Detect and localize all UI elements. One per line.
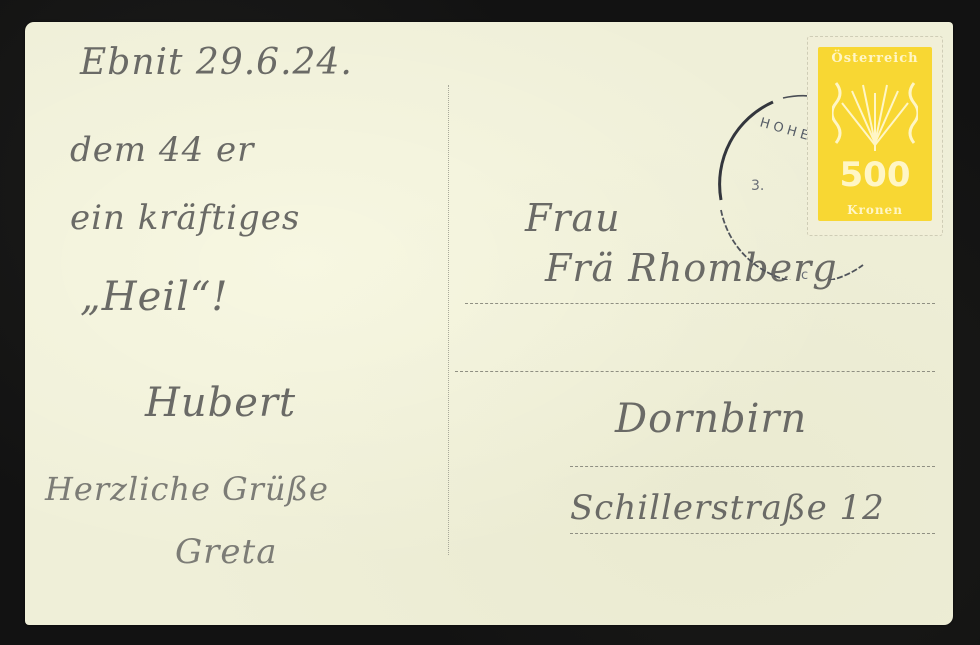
- greeting-line-1: Herzliche Grüße: [45, 470, 329, 508]
- stamp-country: Österreich: [818, 51, 932, 66]
- postage-stamp: Österreich 500 Kronen: [807, 36, 943, 236]
- message-line-3: ein kräftiges: [70, 198, 300, 238]
- greeting-line-2: Greta: [175, 532, 277, 572]
- postcard: Ebnit 29.6.24. dem 44 er ein kräftiges „…: [25, 22, 953, 625]
- signature: Hubert: [145, 380, 296, 426]
- postmark-date: 3.: [751, 178, 764, 194]
- stamp-value: 500: [818, 155, 932, 195]
- address-city: Dornbirn: [615, 396, 807, 442]
- stamp-face: Österreich 500 Kronen: [818, 47, 932, 221]
- message-line-2: dem 44 er: [70, 130, 254, 170]
- message-line-date: Ebnit 29.6.24.: [80, 42, 353, 83]
- address-line-3: [570, 466, 935, 467]
- postmark-code: c: [801, 268, 808, 283]
- stamp-currency: Kronen: [818, 203, 932, 217]
- postcard-divider: [448, 85, 449, 555]
- address-line-1: [465, 303, 935, 304]
- address-line-4: [570, 533, 935, 534]
- address-line-2: [455, 371, 935, 372]
- message-line-4: „Heil“!: [80, 274, 228, 320]
- address-salutation: Frau: [525, 196, 621, 240]
- address-street: Schillerstraße 12: [570, 488, 885, 528]
- wheat-sheaf-icon: [832, 73, 918, 153]
